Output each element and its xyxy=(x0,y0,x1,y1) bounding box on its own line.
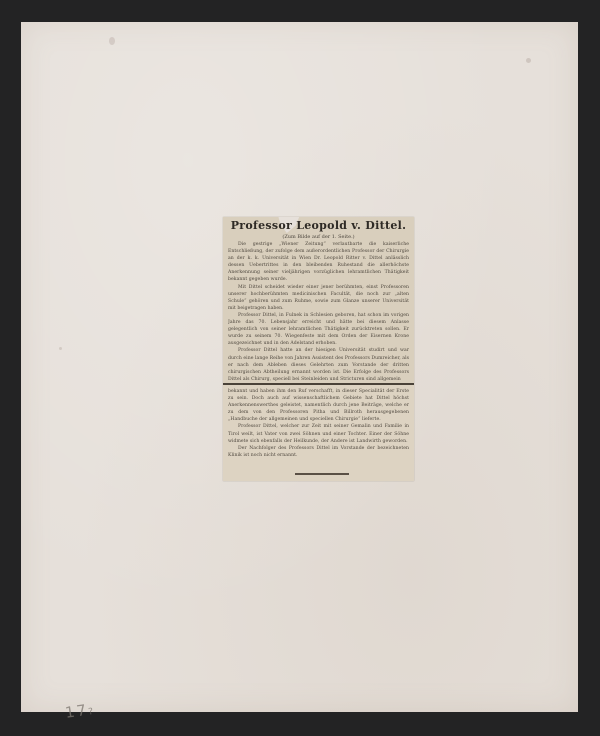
handwritten-inventory-number: 17? xyxy=(64,700,94,722)
clipping-upper-column: Die gestrige „Wiener Zeitung“ verlautbar… xyxy=(228,241,409,384)
paper-stain xyxy=(59,347,62,350)
paper-stain xyxy=(526,58,531,63)
paper-stain xyxy=(109,37,115,45)
clipping-subheading: (Zum Bilde auf der 1. Seite.) xyxy=(223,234,414,240)
article-end-rule xyxy=(295,473,349,475)
inventory-number-suffix: ? xyxy=(88,707,94,718)
paragraph: Der Nachfolger des Professors Dittel im … xyxy=(228,445,409,459)
inventory-number-digits: 17 xyxy=(64,701,89,722)
clipping-lower-column: bekannt und haben ihm den Ruf verschafft… xyxy=(228,388,409,478)
paragraph: Professor Dittel, in Fulnek in Schlesien… xyxy=(228,312,409,347)
paragraph: Professor Dittel hatte an der hiesigen U… xyxy=(228,347,409,382)
paragraph: Professor Dittel, welcher zur Zeit mit s… xyxy=(228,423,409,444)
paragraph: Mit Dittel scheidet wieder einer jener b… xyxy=(228,284,409,312)
column-divider xyxy=(223,383,414,385)
newspaper-clipping: Professor Leopold v. Dittel. (Zum Bilde … xyxy=(223,217,414,481)
paragraph: Die gestrige „Wiener Zeitung“ verlautbar… xyxy=(228,241,409,284)
clipping-headline: Professor Leopold v. Dittel. xyxy=(223,219,414,232)
paragraph: bekannt und haben ihm den Ruf verschafft… xyxy=(228,388,409,423)
